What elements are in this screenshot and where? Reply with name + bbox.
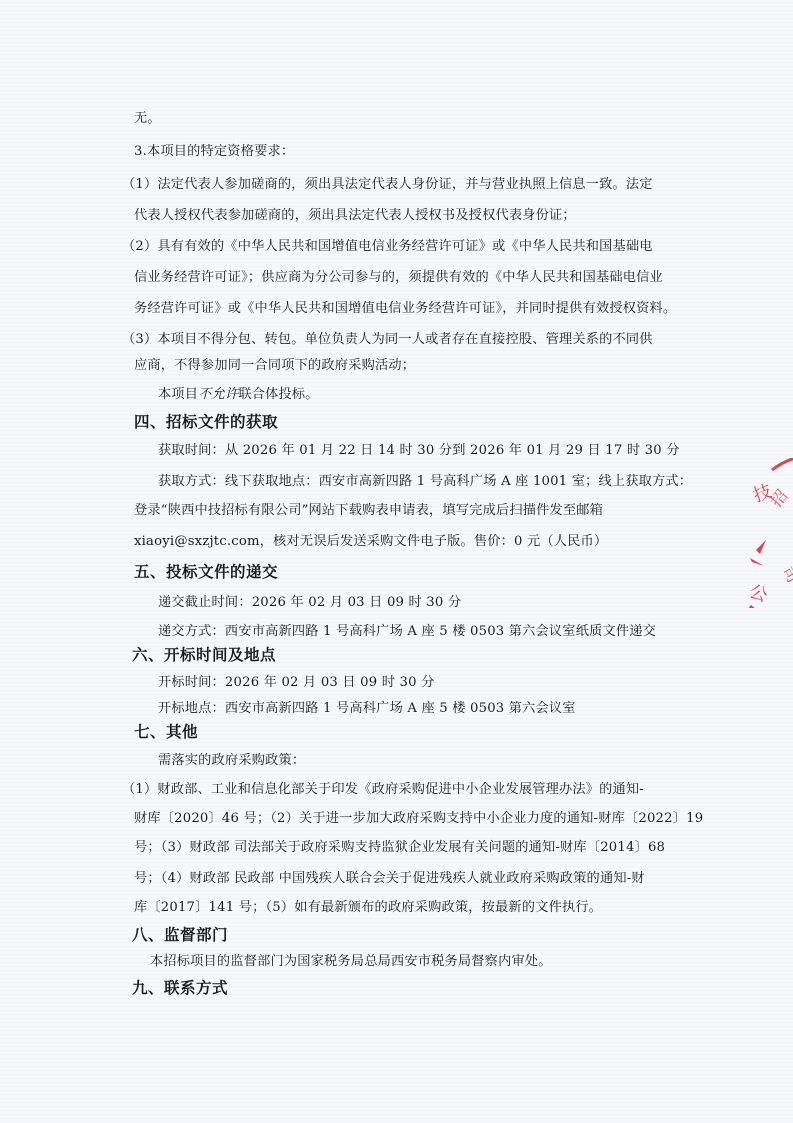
text-line: 代表人授权代表参加磋商的，须出具法定代表人授权书及授权代表身份证； [134,207,576,225]
company-seal-stamp: 技 招 司 公 [742,458,793,608]
text-line: 需落实的政府采购政策： [158,752,305,770]
text-line: 获取方式：线下获取地点：西安市高新四路 1 号高科广场 A 座 1001 室；线… [158,473,692,491]
text-line: 登录“陕西中技招标有限公司”网站下载购表申请表，填写完成后扫描件发至邮箱 [134,502,603,520]
text-line: 开标时间：2026 年 02 月 03 日 09 时 30 分 [158,674,435,692]
text-line: （1）法定代表人参加磋商的，须出具法定代表人身份证，并与营业执照上信息一致。法定 [122,176,653,194]
text-line: 递交截止时间：2026 年 02 月 03 日 09 时 30 分 [158,594,461,612]
text-line: 号；（3）财政部 司法部关于政府采购支持监狱企业发展有关问题的通知-财库〔201… [134,839,665,857]
text-fragment: 联合体投标。 [238,387,318,402]
text-line: 财库〔2020〕46 号；（2）关于进一步加大政府采购支持中小企业力度的通知-财… [134,810,703,828]
text-fragment-italic: 不允许 [198,387,238,402]
text-line: 信业务经营许可证》；供应商为分公司参与的，须提供有效的《中华人民共和国基础电信业 [134,269,663,287]
section-heading: 四、招标文件的获取 [134,412,278,432]
text-line: 本项目不允许联合体投标。 [158,386,319,404]
section-heading: 七、其他 [134,722,198,742]
text-line: 无。 [134,110,161,128]
text-line: xiaoyi@sxzjtc.com，核对无误后发送采购文件电子版。售价：0 元（… [134,533,607,551]
svg-text:司: 司 [779,563,793,586]
text-line: 递交方式：西安市高新四路 1 号高科广场 A 座 5 楼 0503 第六会议室纸… [158,623,656,641]
text-line: 库〔2017〕141 号；（5）如有最新颁布的政府采购政策，按最新的文件执行。 [134,899,602,917]
document-page: 无。 3.本项目的特定资格要求： （1）法定代表人参加磋商的，须出具法定代表人身… [0,0,793,1123]
section-heading: 五、投标文件的递交 [134,562,278,582]
text-line: （3）本项目不得分包、转包。单位负责人为同一人或者存在直接控股、管理关系的不同供 [122,331,653,349]
svg-text:公: 公 [746,581,770,607]
section-heading: 八、监督部门 [132,925,228,945]
text-line: （1）财政部、工业和信息化部关于印发《政府采购促进中小企业发展管理办法》的通知- [122,781,644,799]
text-line: （2）具有有效的《中华人民共和国增值电信业务经营许可证》或《中华人民共和国基础电 [122,238,653,256]
text-line: 应商，不得参加同一合同项下的政府采购活动； [134,357,415,375]
section-heading: 九、联系方式 [132,978,228,998]
text-line: 号；（4）财政部 民政部 中国残疾人联合会关于促进残疾人就业政府采购政策的通知-… [134,870,645,888]
text-line: 开标地点：西安市高新四路 1 号高科广场 A 座 5 楼 0503 第六会议室 [158,700,576,718]
text-fragment: 本项目 [158,387,198,402]
text-line: 本招标项目的监督部门为国家税务局总局西安市税务局督察内审处。 [150,953,552,971]
section-heading: 六、开标时间及地点 [132,645,276,665]
text-line: 务经营许可证》或《中华人民共和国增值电信业务经营许可证》，并同时提供有效授权资料… [134,300,676,318]
text-line: 3.本项目的特定资格要求： [134,143,294,161]
text-line: 获取时间：从 2026 年 01 月 22 日 14 时 30 分到 2026 … [158,442,680,460]
